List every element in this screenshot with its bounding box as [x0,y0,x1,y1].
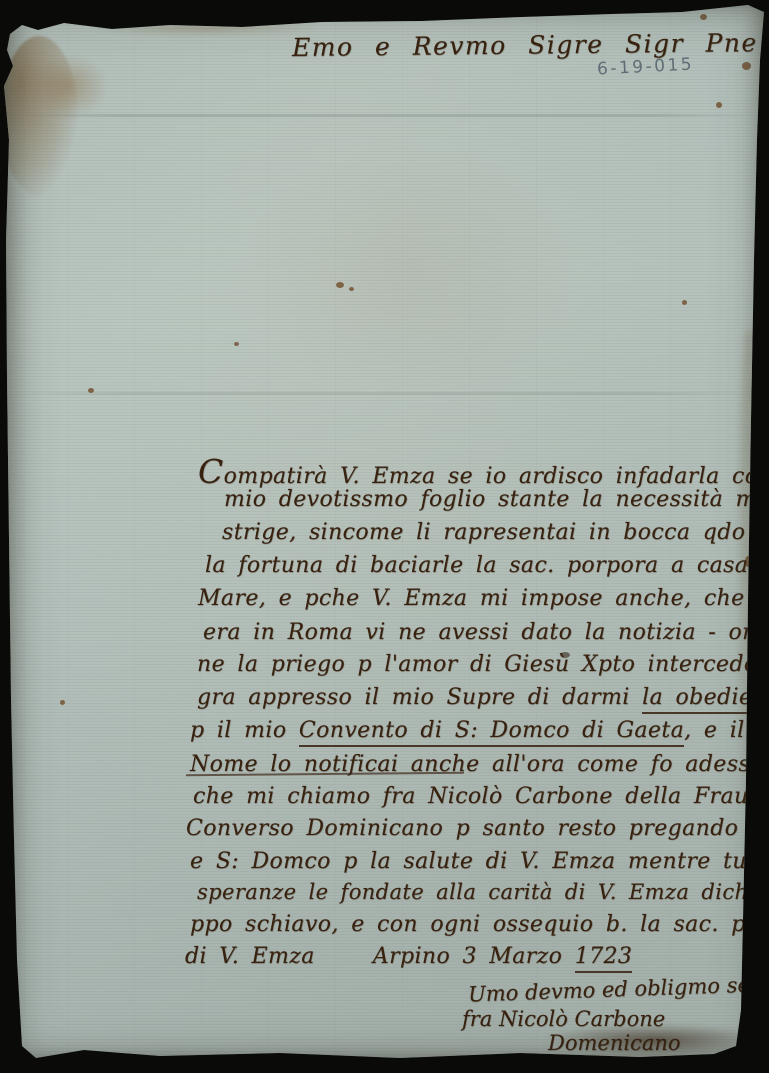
letter-line: Nome lo notificai anche all'ora come fo … [190,752,769,777]
dateline: di V. EmzaArpino 3 Marzo 1723 [185,944,632,969]
letter-line: Converso Dominicano p santo resto pregan… [186,816,769,841]
letter-line: gra appresso il mio Supre di darmi la ob… [197,685,769,710]
scan-background: Emo e Revmo Sigre Sigr Pne Colmo 6-19-01… [0,0,769,1073]
letter-line: p il mio Convento di S: Domco di Gaeta, … [190,718,769,743]
ink-spot [336,282,344,288]
ink-spot [88,388,94,393]
stain [88,20,318,36]
underlined-phrase: Convento di S: Domco di Gaeta [299,718,684,747]
valediction-abbrev: di V. Emza [185,944,315,969]
line-text: p il mio [190,718,299,743]
ink-spot [700,14,707,20]
line-text: gra appresso il mio Supre di darmi [197,685,642,710]
fold-crease [8,392,760,395]
letter-line: ppo schiavo, e con ogni ossequio b. la s… [190,912,769,937]
line-text: , e il mio [684,718,769,743]
letter-line: Mare, e pche V. Emza mi impose anche, ch… [198,586,769,611]
letter-line: era in Roma vi ne avessi dato la notizia… [203,620,769,645]
letter-paper: Emo e Revmo Sigre Sigr Pne Colmo 6-19-01… [0,0,769,1073]
underlined-phrase: la obedienza [642,685,769,714]
ink-spot [742,62,751,70]
letter-line: ne la priego p l'amor di Giesù Xpto inte… [197,652,769,677]
letter-line: che mi chiamo fra Nicolò Carbone della F… [193,784,769,809]
stain [0,36,78,196]
stain [30,54,108,118]
ink-spot [716,102,722,108]
ink-spot [60,700,65,705]
fold-crease [8,114,760,117]
salutation-line: Emo e Revmo Sigre Sigr Pne Colmo [292,27,769,62]
closing-line: Umo devmo ed obligmo servo [468,971,769,1006]
letter-line: speranze le fondate alla carità di V. Em… [197,880,769,904]
letter-line: mio devotissmo foglio stante la necessit… [224,487,769,512]
letter-line: la fortuna di baciarle la sac. porpora a… [205,553,748,578]
signature-order: Domenicano [548,1031,681,1055]
ink-spot [682,300,687,305]
stain [240,140,580,400]
letter-line: e S: Domco p la salute di V. Emza mentre… [190,849,769,874]
letter-line: Compatirà V. Emza se io ardisco infadarl… [198,452,769,491]
ink-spot [234,342,239,346]
year: 1723 [575,944,633,973]
place-date: Arpino 3 Marzo [373,944,575,969]
ink-spot [349,287,354,291]
signature-name: fra Nicolò Carbone [462,1007,665,1031]
letter-line: strige, sincome li rapresentai in bocca … [222,520,769,545]
catalog-number: 6-19-015 [597,54,695,79]
